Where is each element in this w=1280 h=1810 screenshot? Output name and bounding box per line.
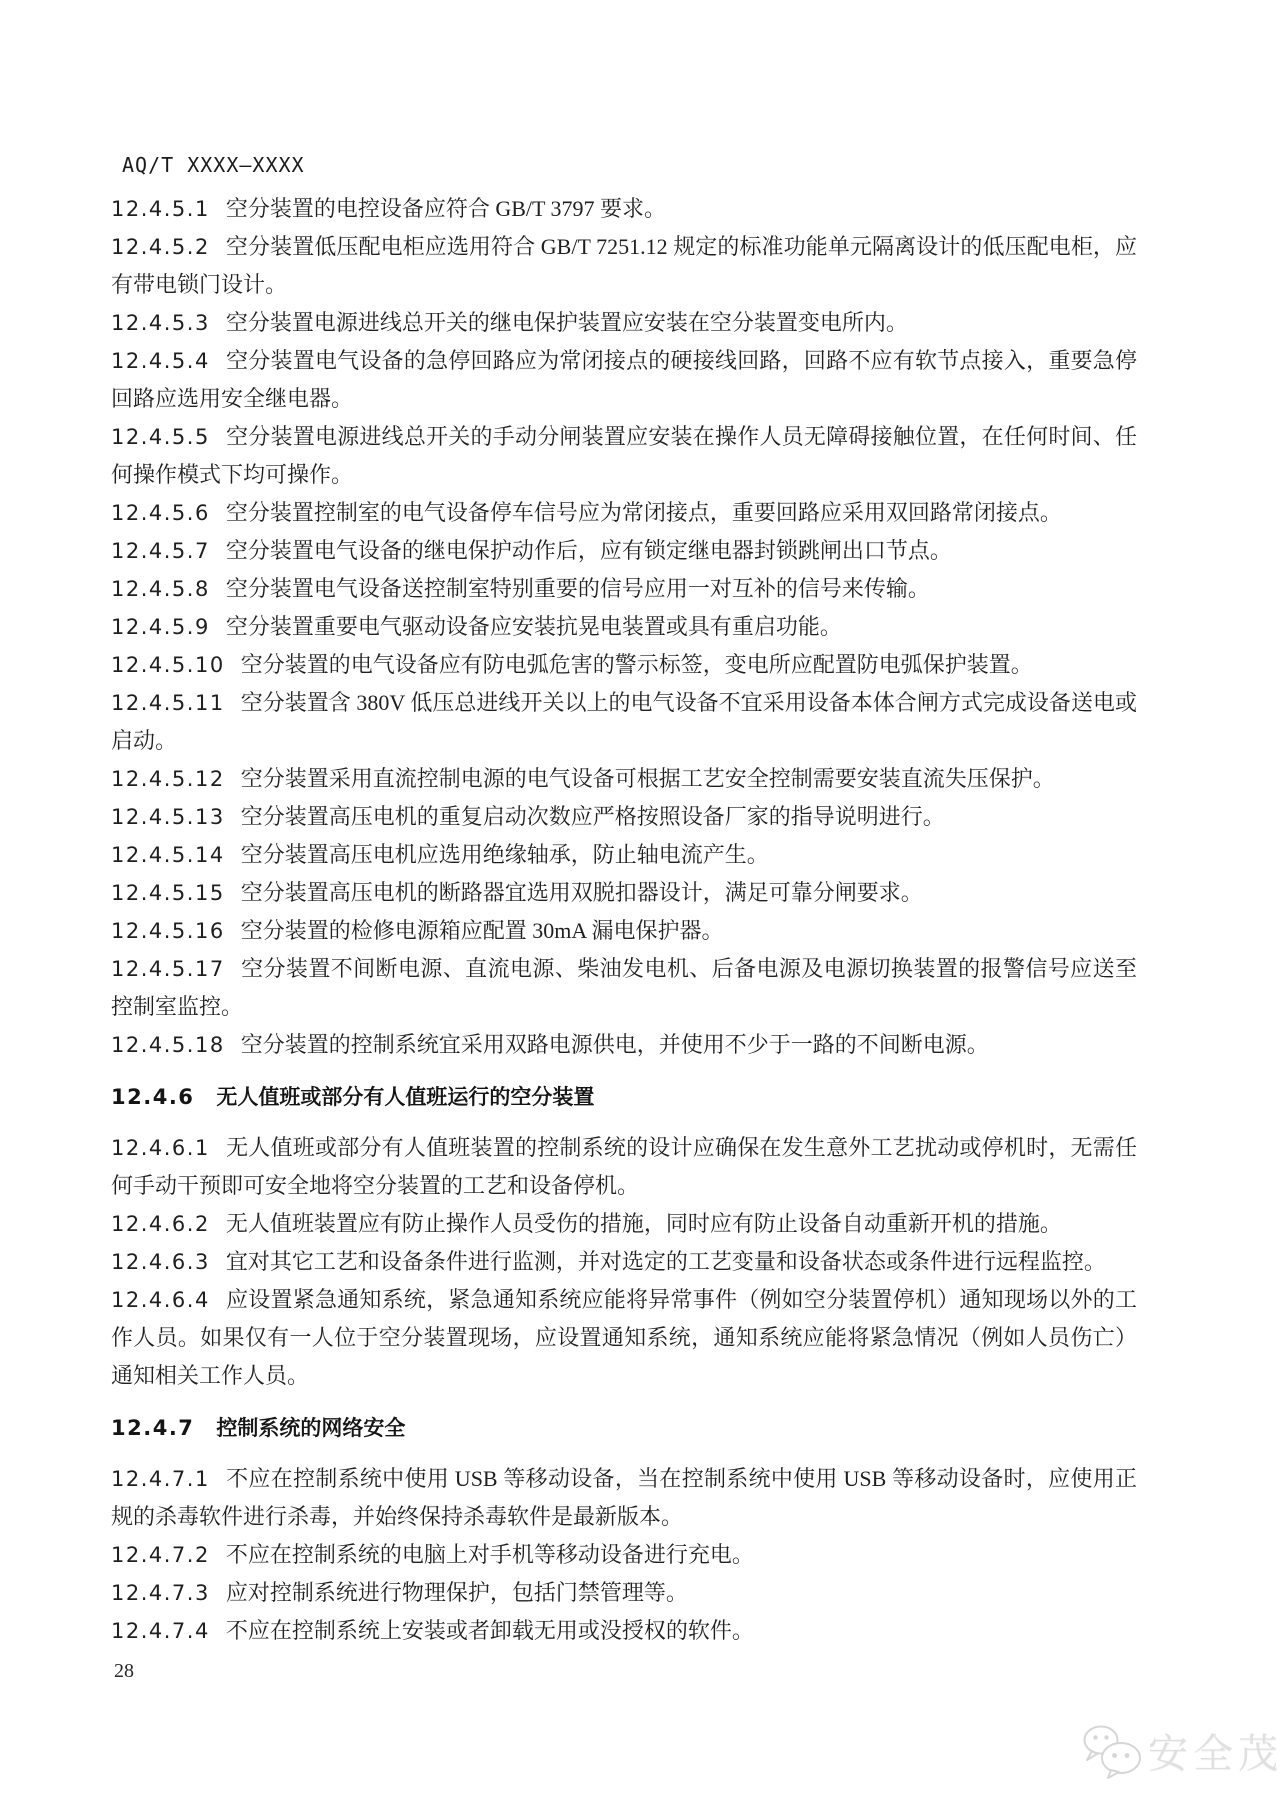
clause-paragraph: 12.4.5.2空分装置低压配电柜应选用符合 GB/T 7251.12 规定的标… (111, 228, 1137, 304)
clause-number: 12.4.5.11 (111, 691, 225, 715)
clause-paragraph: 12.4.5.17空分装置不间断电源、直流电源、柴油发电机、后备电源及电源切换装… (111, 950, 1137, 1026)
clause-text: 空分装置含 380V 低压总进线开关以上的电气设备不宜采用设备本体合闸方式完成设… (111, 690, 1137, 753)
clause-number: 12.4.5.2 (111, 235, 210, 259)
section-title: 无人值班或部分有人值班运行的空分装置 (216, 1086, 594, 1109)
clause-number: 12.4.5.15 (111, 881, 225, 905)
clause-paragraph: 12.4.5.7空分装置电气设备的继电保护动作后，应有锁定继电器封锁跳闸出口节点… (111, 532, 1137, 570)
clause-number: 12.4.5.13 (111, 805, 225, 829)
clause-number: 12.4.7.2 (111, 1543, 210, 1567)
standard-code: AQ/T XXXX—XXXX (122, 153, 305, 177)
clause-paragraph: 12.4.5.14空分装置高压电机应选用绝缘轴承，防止轴电流产生。 (111, 836, 1137, 874)
clause-text: 空分装置电气设备的继电保护动作后，应有锁定继电器封锁跳闸出口节点。 (226, 538, 952, 563)
clause-number: 12.4.5.14 (111, 843, 225, 867)
clause-paragraph: 12.4.6.2无人值班装置应有防止操作人员受伤的措施，同时应有防止设备自动重新… (111, 1205, 1137, 1243)
clause-number: 12.4.5.4 (111, 349, 210, 373)
clause-number: 12.4.5.18 (111, 1033, 225, 1057)
clause-paragraph: 12.4.7.4不应在控制系统上安装或者卸载无用或没授权的软件。 (111, 1612, 1137, 1650)
clause-text: 空分装置高压电机的重复启动次数应严格按照设备厂家的指导说明进行。 (241, 804, 945, 829)
clause-text: 空分装置低压配电柜应选用符合 GB/T 7251.12 规定的标准功能单元隔离设… (111, 234, 1137, 297)
page-header: AQ/T XXXX—XXXX (122, 153, 305, 177)
clause-paragraph: 12.4.6.1无人值班或部分有人值班装置的控制系统的设计应确保在发生意外工艺扰… (111, 1129, 1137, 1205)
clause-text: 无人值班或部分有人值班装置的控制系统的设计应确保在发生意外工艺扰动或停机时，无需… (111, 1135, 1137, 1198)
clause-number: 12.4.5.12 (111, 767, 225, 791)
section-heading: 12.4.6无人值班或部分有人值班运行的空分装置 (111, 1078, 1137, 1117)
clause-number: 12.4.7.3 (111, 1581, 210, 1605)
clause-text: 应对控制系统进行物理保护，包括门禁管理等。 (226, 1580, 688, 1605)
clause-number: 12.4.5.5 (111, 425, 210, 449)
clause-text: 空分装置高压电机的断路器宜选用双脱扣器设计，满足可靠分闸要求。 (241, 880, 923, 905)
clause-paragraph: 12.4.5.18空分装置的控制系统宜采用双路电源供电，并使用不少于一路的不间断… (111, 1026, 1137, 1064)
clause-number: 12.4.5.9 (111, 615, 210, 639)
clause-text: 空分装置的控制系统宜采用双路电源供电，并使用不少于一路的不间断电源。 (241, 1032, 989, 1057)
clause-paragraph: 12.4.5.12空分装置采用直流控制电源的电气设备可根据工艺安全控制需要安装直… (111, 760, 1137, 798)
clause-text: 空分装置电气设备送控制室特别重要的信号应用一对互补的信号来传输。 (226, 576, 930, 601)
section-heading: 12.4.7控制系统的网络安全 (111, 1409, 1137, 1448)
clause-number: 12.4.5.10 (111, 653, 225, 677)
clause-text: 空分装置不间断电源、直流电源、柴油发电机、后备电源及电源切换装置的报警信号应送至… (111, 956, 1137, 1019)
clause-text: 不应在控制系统中使用 USB 等移动设备，当在控制系统中使用 USB 等移动设备… (111, 1466, 1137, 1529)
clause-paragraph: 12.4.5.13空分装置高压电机的重复启动次数应严格按照设备厂家的指导说明进行… (111, 798, 1137, 836)
clause-text: 空分装置的检修电源箱应配置 30mA 漏电保护器。 (241, 918, 724, 943)
clause-number: 12.4.5.3 (111, 311, 210, 335)
clause-paragraph: 12.4.7.1不应在控制系统中使用 USB 等移动设备，当在控制系统中使用 U… (111, 1460, 1137, 1536)
clause-paragraph: 12.4.6.3宜对其它工艺和设备条件进行监测，并对选定的工艺变量和设备状态或条… (111, 1243, 1137, 1281)
clause-number: 12.4.6.1 (111, 1136, 210, 1160)
clause-paragraph: 12.4.7.3应对控制系统进行物理保护，包括门禁管理等。 (111, 1574, 1137, 1612)
document-body: 12.4.5.1空分装置的电控设备应符合 GB/T 3797 要求。 12.4.… (111, 190, 1137, 1650)
clause-number: 12.4.6.4 (111, 1288, 210, 1312)
clause-number: 12.4.7.1 (111, 1467, 210, 1491)
clause-paragraph: 12.4.5.1空分装置的电控设备应符合 GB/T 3797 要求。 (111, 190, 1137, 228)
clause-text: 空分装置电源进线总开关的手动分闸装置应安装在操作人员无障碍接触位置，在任何时间、… (111, 424, 1137, 487)
clause-paragraph: 12.4.5.10空分装置的电气设备应有防电弧危害的警示标签，变电所应配置防电弧… (111, 646, 1137, 684)
clause-paragraph: 12.4.6.4应设置紧急通知系统，紧急通知系统应能将异常事件（例如空分装置停机… (111, 1281, 1137, 1395)
clause-text: 不应在控制系统上安装或者卸载无用或没授权的软件。 (226, 1618, 754, 1643)
clause-text: 宜对其它工艺和设备条件进行监测，并对选定的工艺变量和设备状态或条件进行远程监控。 (226, 1249, 1106, 1274)
clause-paragraph: 12.4.5.6空分装置控制室的电气设备停车信号应为常闭接点，重要回路应采用双回… (111, 494, 1137, 532)
clause-text: 空分装置高压电机应选用绝缘轴承，防止轴电流产生。 (241, 842, 769, 867)
clause-text: 无人值班装置应有防止操作人员受伤的措施，同时应有防止设备自动重新开机的措施。 (226, 1211, 1062, 1236)
clause-number: 12.4.5.17 (111, 957, 225, 981)
clause-text: 空分装置电气设备的急停回路应为常闭接点的硬接线回路，回路不应有软节点接入，重要急… (111, 348, 1137, 411)
section-number: 12.4.6 (111, 1085, 194, 1109)
clause-text: 空分装置电源进线总开关的继电保护装置应安装在空分装置变电所内。 (226, 310, 908, 335)
clause-text: 空分装置的电控设备应符合 GB/T 3797 要求。 (226, 196, 666, 221)
clause-number: 12.4.5.8 (111, 577, 210, 601)
clause-text: 应设置紧急通知系统，紧急通知系统应能将异常事件（例如空分装置停机）通知现场以外的… (111, 1287, 1137, 1388)
clause-paragraph: 12.4.7.2不应在控制系统的电脑上对手机等移动设备进行充电。 (111, 1536, 1137, 1574)
clause-text: 不应在控制系统的电脑上对手机等移动设备进行充电。 (226, 1542, 754, 1567)
clause-paragraph: 12.4.5.16空分装置的检修电源箱应配置 30mA 漏电保护器。 (111, 912, 1137, 950)
clause-paragraph: 12.4.5.9空分装置重要电气驱动设备应安装抗晃电装置或具有重启功能。 (111, 608, 1137, 646)
clause-paragraph: 12.4.5.11空分装置含 380V 低压总进线开关以上的电气设备不宜采用设备… (111, 684, 1137, 760)
clause-number: 12.4.5.7 (111, 539, 210, 563)
wechat-icon (1080, 1723, 1142, 1779)
watermark: 安全茂 (1080, 1722, 1280, 1779)
clause-number: 12.4.6.3 (111, 1250, 210, 1274)
clause-number: 12.4.6.2 (111, 1212, 210, 1236)
page-number: 28 (114, 1660, 134, 1683)
document-page: AQ/T XXXX—XXXX 12.4.5.1空分装置的电控设备应符合 GB/T… (0, 0, 1280, 1810)
clause-paragraph: 12.4.5.4空分装置电气设备的急停回路应为常闭接点的硬接线回路，回路不应有软… (111, 342, 1137, 418)
clause-text: 空分装置采用直流控制电源的电气设备可根据工艺安全控制需要安装直流失压保护。 (241, 766, 1055, 791)
section-number: 12.4.7 (111, 1416, 194, 1440)
watermark-text: 安全茂 (1148, 1722, 1280, 1779)
clause-paragraph: 12.4.5.15空分装置高压电机的断路器宜选用双脱扣器设计，满足可靠分闸要求。 (111, 874, 1137, 912)
clause-text: 空分装置控制室的电气设备停车信号应为常闭接点，重要回路应采用双回路常闭接点。 (226, 500, 1062, 525)
section-title: 控制系统的网络安全 (216, 1417, 405, 1440)
clause-number: 12.4.7.4 (111, 1619, 210, 1643)
clause-text: 空分装置重要电气驱动设备应安装抗晃电装置或具有重启功能。 (226, 614, 842, 639)
clause-paragraph: 12.4.5.3空分装置电源进线总开关的继电保护装置应安装在空分装置变电所内。 (111, 304, 1137, 342)
clause-number: 12.4.5.1 (111, 197, 210, 221)
clause-text: 空分装置的电气设备应有防电弧危害的警示标签，变电所应配置防电弧保护装置。 (241, 652, 1033, 677)
clause-number: 12.4.5.6 (111, 501, 210, 525)
clause-paragraph: 12.4.5.5空分装置电源进线总开关的手动分闸装置应安装在操作人员无障碍接触位… (111, 418, 1137, 494)
clause-number: 12.4.5.16 (111, 919, 225, 943)
clause-paragraph: 12.4.5.8空分装置电气设备送控制室特别重要的信号应用一对互补的信号来传输。 (111, 570, 1137, 608)
